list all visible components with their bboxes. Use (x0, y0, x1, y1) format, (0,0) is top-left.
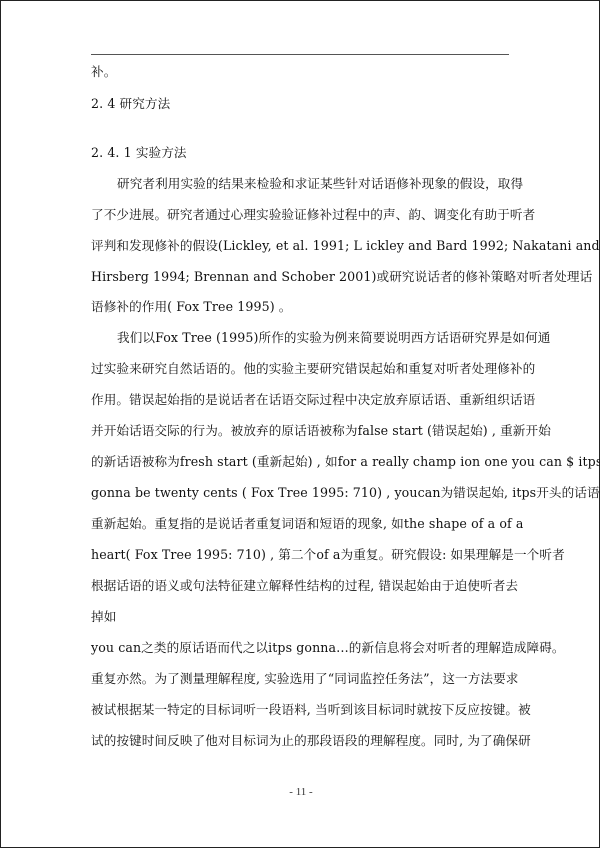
text-line: Hirsberg 1994; Brennan and Schober 2001)… (91, 269, 592, 285)
document-page: 补。 2. 4 研究方法 2. 4. 1 实验方法 研究者利用实验的结果来检验和… (0, 0, 600, 848)
text-line: 作用。错误起始指的是说话者在话语交际过程中决定放弃原话语、重新组织话语 (91, 392, 535, 408)
text-line: 过实验来研究自然话语的。他的实验主要研究错误起始和重复对听者处理修补的 (91, 361, 535, 377)
text-line: 评判和发现修补的假设(Lickley, et al. 1991; L ickle… (91, 238, 600, 254)
paragraph-start: 我们以Fox Tree (1995)所作的实验为例来简要说明西方话语研究界是如何… (117, 330, 550, 346)
text-line: 试的按键时间反映了他对目标词为止的那段语段的理解程度。同时, 为了确保研 (91, 733, 531, 749)
text-line: 被试根据某一特定的目标词听一段语料, 当听到该目标词时就按下反应按键。被 (91, 702, 531, 718)
text-line: 的新话语被称为fresh start (重新起始) , 如for a reall… (91, 454, 600, 470)
header-rule (91, 54, 509, 55)
text-line: you can之类的原话语而代之以itps gonna…的新信息将会对听者的理解… (91, 640, 565, 656)
page-number: - 11 - (1, 786, 600, 798)
text-line: 根据话语的语义或句法特征建立解释性结构的过程, 错误起始由于迫使听者去 (91, 578, 518, 594)
paragraph-start: 研究者利用实验的结果来检验和求证某些针对话语修补现象的假设，取得 (117, 176, 523, 192)
text-line: 语修补的作用( Fox Tree 1995) 。 (91, 299, 292, 315)
subsection-heading-2-4-1: 2. 4. 1 实验方法 (91, 145, 187, 161)
text-line: 掉如 (91, 609, 116, 625)
section-heading-2-4: 2. 4 研究方法 (91, 96, 170, 112)
text-line: 补。 (91, 64, 116, 80)
text-line: gonna be twenty cents ( Fox Tree 1995: 7… (91, 485, 600, 501)
text-line: 重新起始。重复指的是说话者重复词语和短语的现象, 如the shape of a… (91, 516, 524, 532)
text-line: 了不少进展。研究者通过心理实验验证修补过程中的声、韵、调变化有助于听者 (91, 207, 535, 223)
text-line: 并开始话语交际的行为。被放弃的原话语被称为false start (错误起始) … (91, 423, 551, 439)
text-line: 重复亦然。为了测量理解程度, 实验选用了“同词监控任务法”，这一方法要求 (91, 671, 518, 687)
text-line: heart( Fox Tree 1995: 710) , 第二个of a为重复。… (91, 547, 565, 563)
